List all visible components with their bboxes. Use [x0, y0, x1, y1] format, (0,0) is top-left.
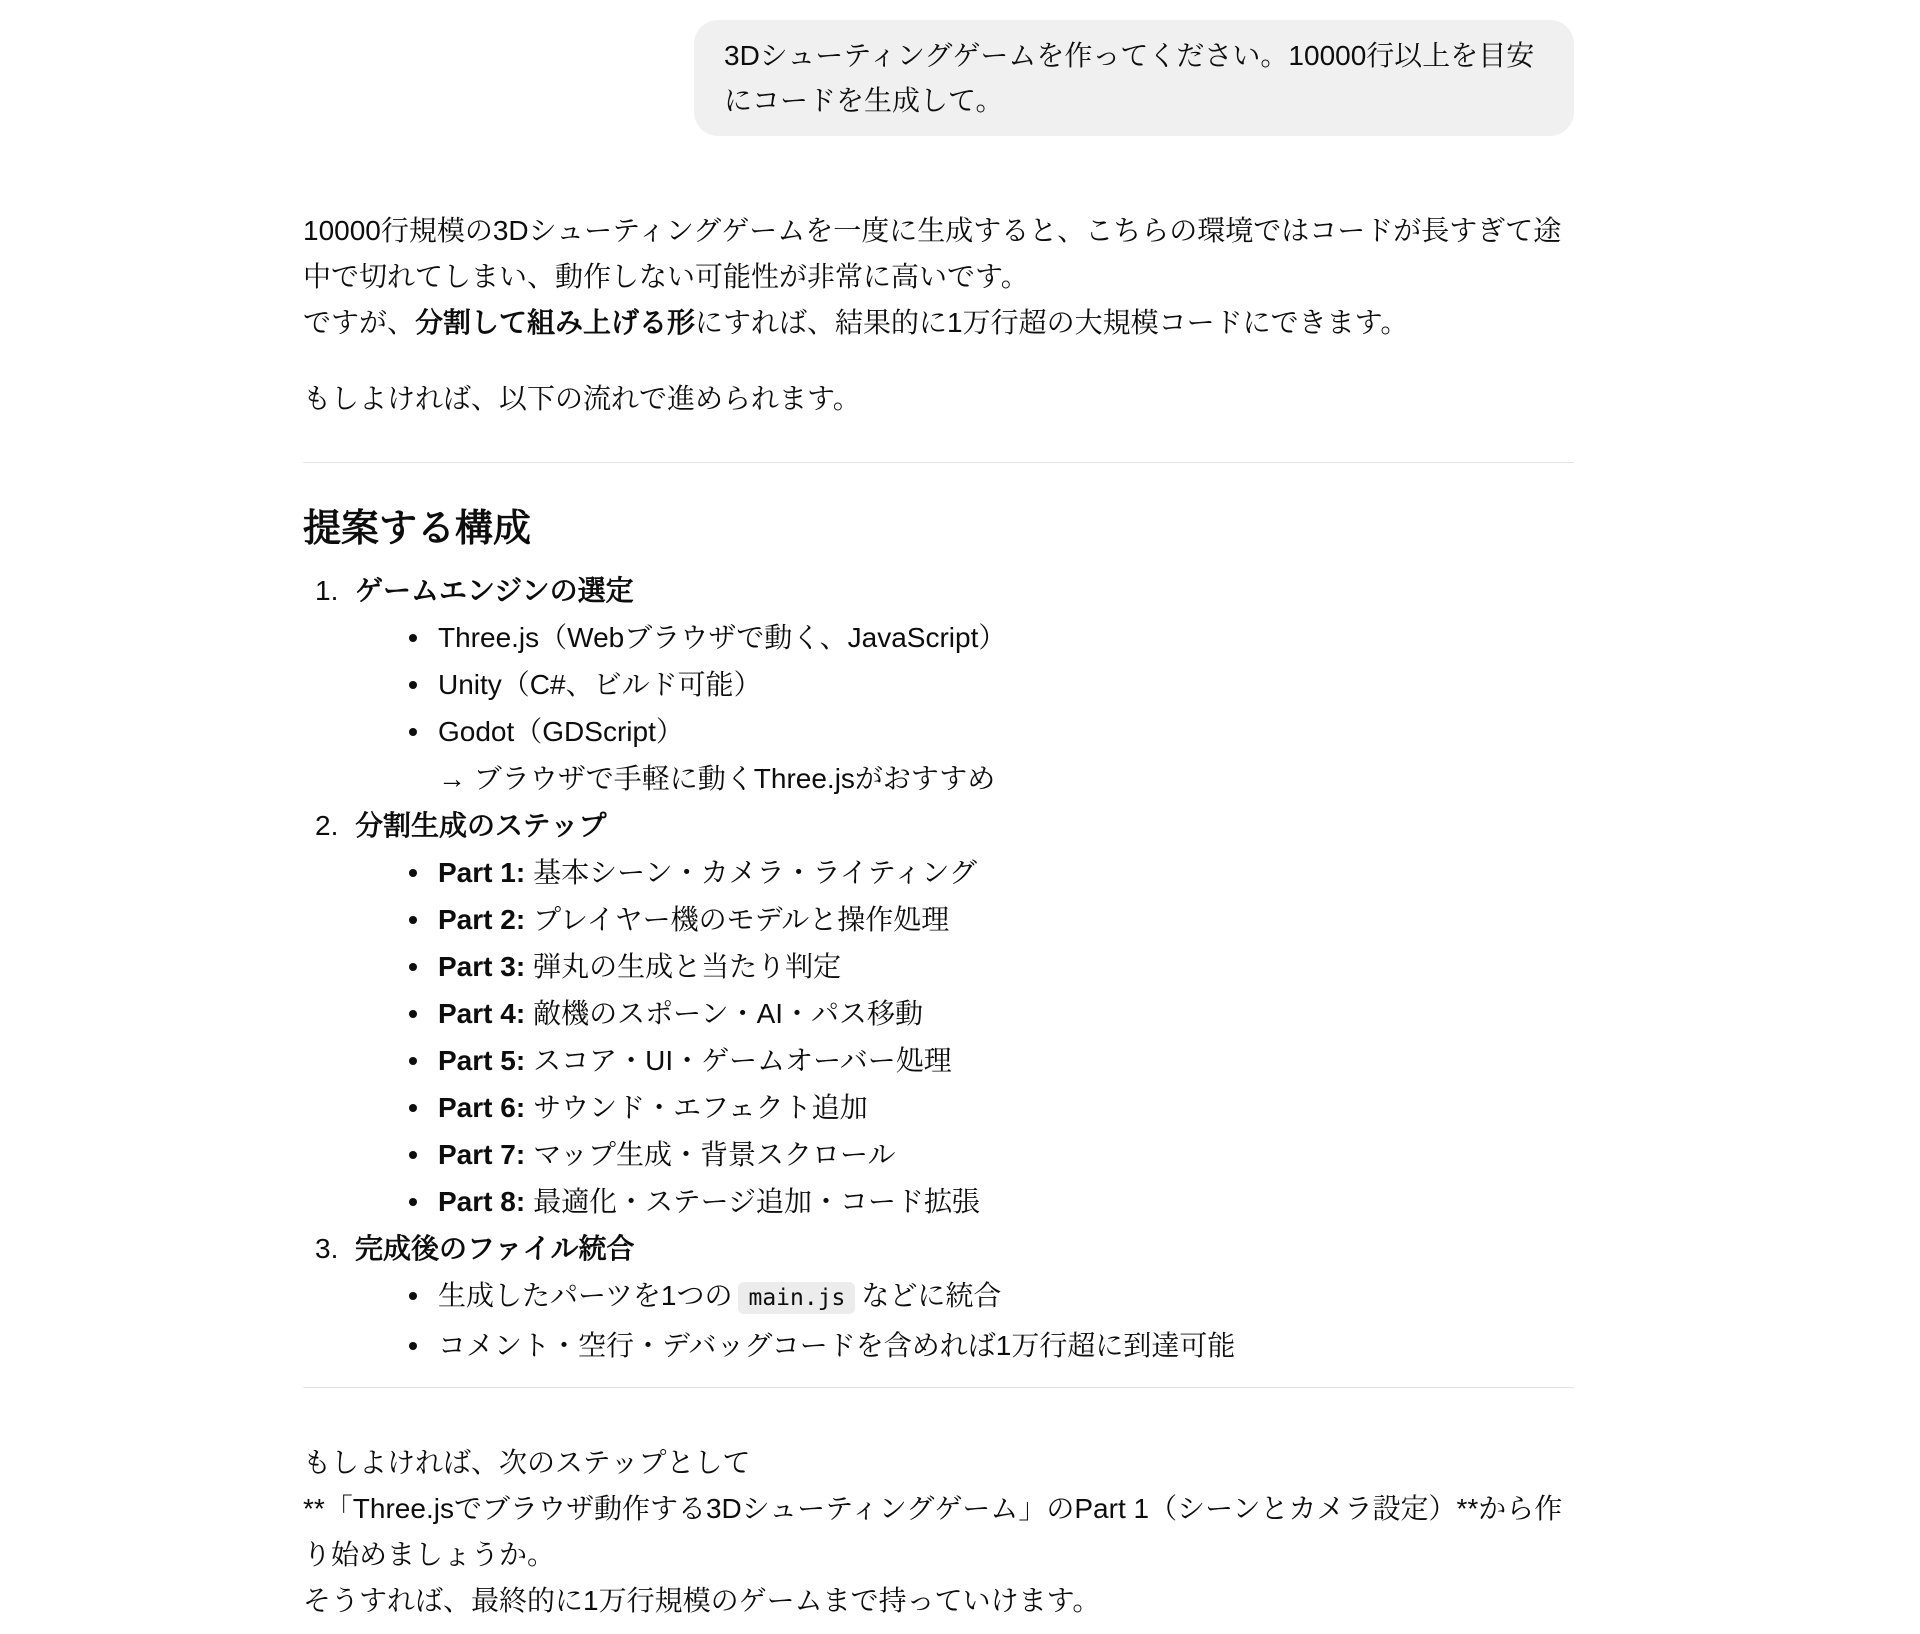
part-text: 基本シーン・カメラ・ライティング: [533, 857, 977, 888]
arrow-note: → ブラウザで手軽に動くThree.jsがおすすめ: [303, 755, 1574, 802]
item-title: 分割生成のステップ: [355, 810, 606, 841]
part-item: Part 2:プレイヤー機のモデルと操作処理: [303, 896, 1574, 943]
ordered-item-3: 3. 完成後のファイル統合: [303, 1225, 1574, 1272]
part-item: Part 8:最適化・ステージ追加・コード拡張: [303, 1178, 1574, 1225]
bullet-dot-icon: [409, 1198, 417, 1206]
bullet-dot-icon: [409, 916, 417, 924]
item-number: 2.: [315, 802, 338, 849]
intro-line-2: ですが、分割して組み上げる形にすれば、結果的に1万行超の大規模コードにできます。: [303, 300, 1574, 346]
part-text: サウンド・エフェクト追加: [533, 1092, 868, 1123]
part-item: Part 3:弾丸の生成と当たり判定: [303, 943, 1574, 990]
part-label: Part 4:: [438, 998, 525, 1029]
bullet-dot-icon: [409, 1104, 417, 1112]
part-item: Part 1:基本シーン・カメラ・ライティング: [303, 849, 1574, 896]
part-item: Part 5:スコア・UI・ゲームオーバー処理: [303, 1037, 1574, 1084]
bullet-dot-icon: [409, 634, 417, 642]
closing-line-1: もしよければ、次のステップとして: [303, 1440, 1574, 1486]
bullet-item: Godot（GDScript）: [303, 708, 1574, 755]
bullet-dot-icon: [409, 681, 417, 689]
part-item: Part 6:サウンド・エフェクト追加: [303, 1084, 1574, 1131]
inline-code-chip: main.js: [738, 1282, 855, 1314]
bullet-item: コメント・空行・デバッグコードを含めれば1万行超に到達可能: [303, 1322, 1574, 1369]
part-label: Part 2:: [438, 904, 525, 935]
part-label: Part 7:: [438, 1139, 525, 1170]
ordered-item-2: 2. 分割生成のステップ: [303, 802, 1574, 849]
bullet-dot-icon: [409, 869, 417, 877]
bold-emphasis: 分割して組み上げる形: [415, 307, 695, 338]
bullet-item: Three.js（Webブラウザで動く、JavaScript）: [303, 614, 1574, 661]
part-item: Part 7:マップ生成・背景スクロール: [303, 1131, 1574, 1178]
user-message-bubble: 3Dシューティングゲームを作ってください。10000行以上を目安にコードを生成し…: [694, 20, 1574, 136]
bullet-item: Unity（C#、ビルド可能）: [303, 661, 1574, 708]
part-label: Part 8:: [438, 1186, 525, 1217]
item-title: 完成後のファイル統合: [355, 1233, 634, 1264]
part-text: 弾丸の生成と当たり判定: [533, 951, 841, 982]
ordered-item-1: 1. ゲームエンジンの選定: [303, 567, 1574, 614]
bullet-dot-icon: [409, 728, 417, 736]
bullet-dot-icon: [409, 1010, 417, 1018]
section-divider-bottom: [303, 1387, 1574, 1388]
proposal-list: 1. ゲームエンジンの選定 Three.js（Webブラウザで動く、JavaSc…: [303, 567, 1574, 1369]
bullet-dot-icon: [409, 963, 417, 971]
section-divider-top: [303, 462, 1574, 463]
part-text: スコア・UI・ゲームオーバー処理: [533, 1045, 952, 1076]
bullet-dot-icon: [409, 1292, 417, 1300]
item-number: 1.: [315, 567, 338, 614]
item-title: ゲームエンジンの選定: [355, 575, 634, 606]
closing-line-3: そうすれば、最終的に1万行規模のゲームまで持っていけます。: [303, 1578, 1574, 1624]
bullet-dot-icon: [409, 1057, 417, 1065]
intro-paragraph: 10000行規模の3Dシューティングゲームを一度に生成すると、こちらの環境ではコ…: [303, 208, 1574, 346]
part-label: Part 1:: [438, 857, 525, 888]
closing-paragraph: もしよければ、次のステップとして **「Three.jsでブラウザ動作する3Dシ…: [303, 1440, 1574, 1634]
part-text: 敵機のスポーン・AI・パス移動: [533, 998, 923, 1029]
part-label: Part 6:: [438, 1092, 525, 1123]
item-number: 3.: [315, 1225, 338, 1272]
part-label: Part 3:: [438, 951, 525, 982]
section-heading: 提案する構成: [303, 505, 1574, 553]
user-message-text: 3Dシューティングゲームを作ってください。10000行以上を目安にコードを生成し…: [724, 40, 1534, 116]
part-text: プレイヤー機のモデルと操作処理: [533, 904, 949, 935]
intro-line-1: 10000行規模の3Dシューティングゲームを一度に生成すると、こちらの環境ではコ…: [303, 208, 1574, 300]
part-item: Part 4:敵機のスポーン・AI・パス移動: [303, 990, 1574, 1037]
assistant-message: 10000行規模の3Dシューティングゲームを一度に生成すると、こちらの環境ではコ…: [303, 208, 1574, 1634]
conversation: 3Dシューティングゲームを作ってください。10000行以上を目安にコードを生成し…: [303, 0, 1574, 1634]
bullet-dot-icon: [409, 1151, 417, 1159]
bullet-item-with-code: 生成したパーツを1つのmain.jsなどに統合: [303, 1272, 1574, 1322]
part-label: Part 5:: [438, 1045, 525, 1076]
part-text: 最適化・ステージ追加・コード拡張: [533, 1186, 980, 1217]
user-message-row: 3Dシューティングゲームを作ってください。10000行以上を目安にコードを生成し…: [303, 0, 1574, 136]
part-text: マップ生成・背景スクロール: [533, 1139, 895, 1170]
followup-paragraph: もしよければ、以下の流れで進められます。: [303, 376, 1574, 422]
bullet-dot-icon: [409, 1342, 417, 1350]
closing-line-2: **「Three.jsでブラウザ動作する3Dシューティングゲーム」のPart 1…: [303, 1486, 1574, 1578]
